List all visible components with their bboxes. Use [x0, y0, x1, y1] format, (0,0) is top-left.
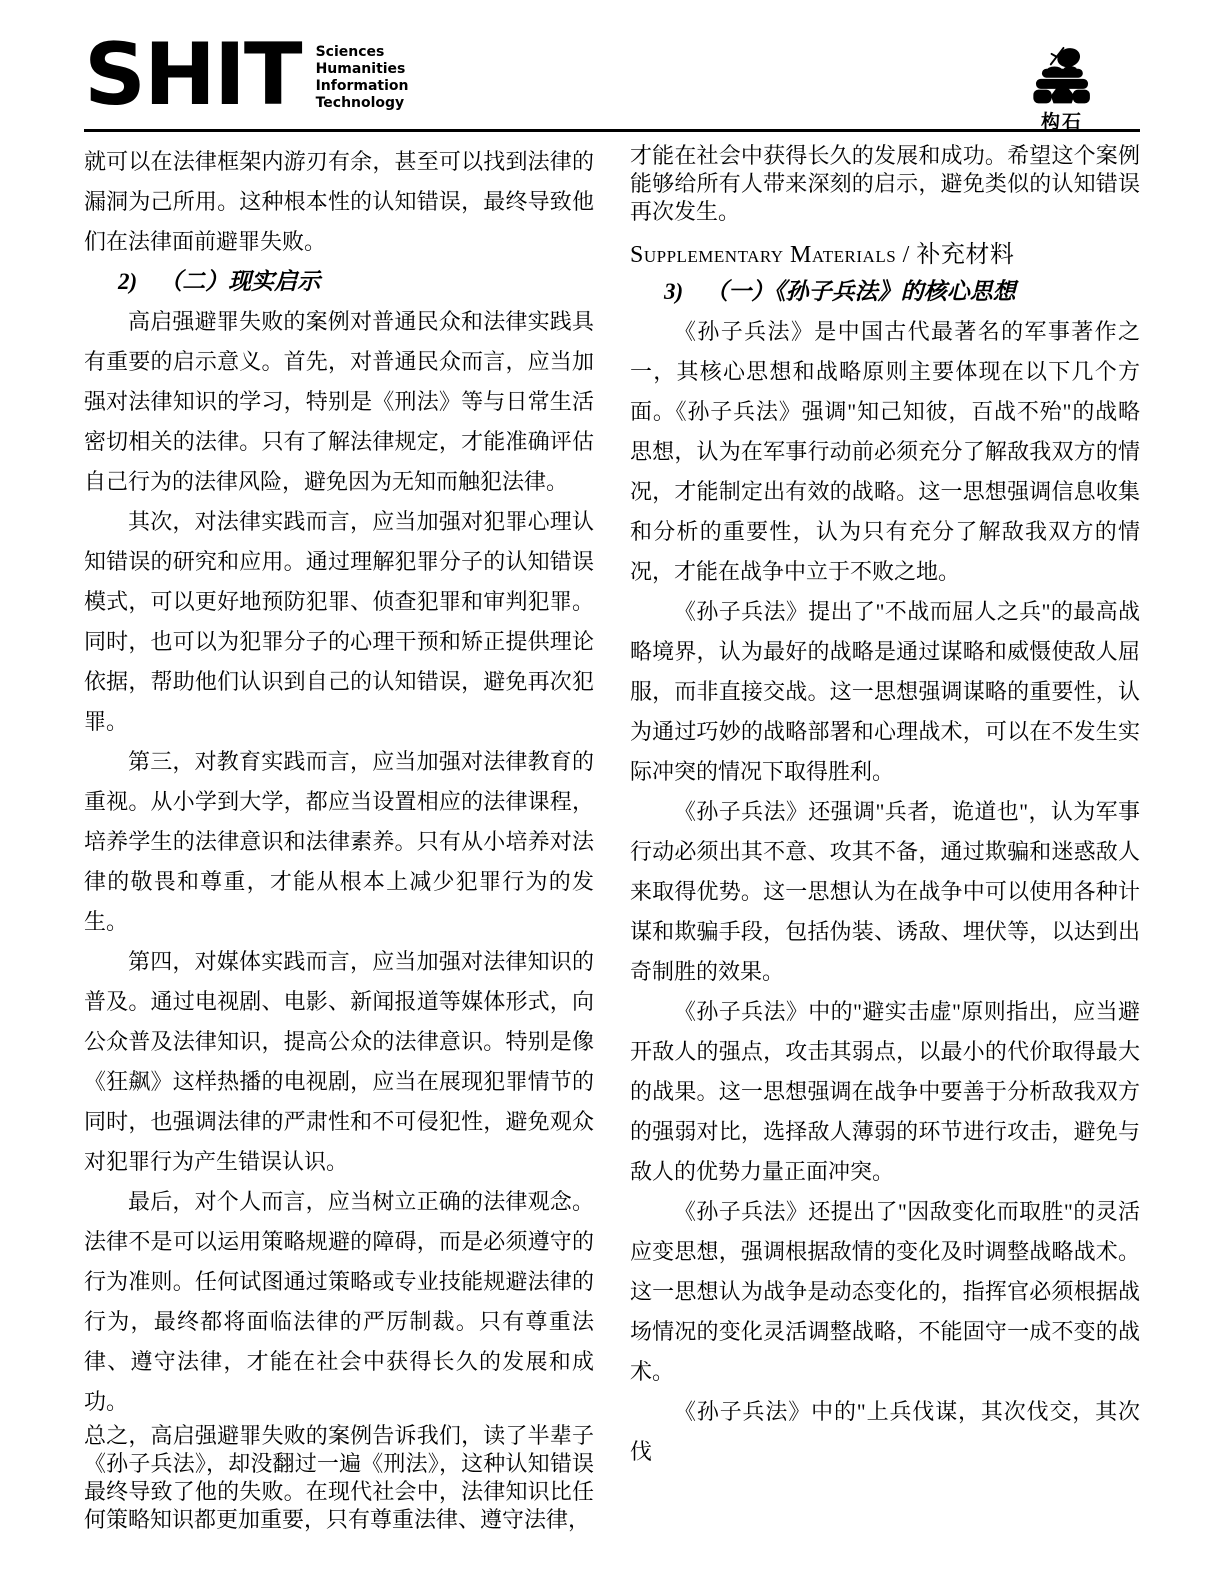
- journal-tagline: Sciences Humanities Information Technolo…: [316, 40, 409, 112]
- journal-logo: SHIT Sciences Humanities Information Tec…: [84, 40, 408, 112]
- tagline-line-humanities: Humanities: [316, 61, 409, 78]
- paragraph: 《孙子兵法》还强调"兵者，诡道也"，认为军事行动必须出其不意、攻其不备，通过欺骗…: [630, 792, 1140, 992]
- paragraph: 《孙子兵法》还提出了"因敌变化而取胜"的灵活应变思想，强调根据敌情的变化及时调整…: [630, 1192, 1140, 1392]
- rock-pile-icon: [1014, 42, 1110, 106]
- document-page: SHIT Sciences Humanities Information Tec…: [0, 0, 1224, 1534]
- supplementary-materials-label: Supplementary Materials / 补充材料: [630, 240, 1140, 270]
- heading-number: 3): [664, 279, 683, 304]
- section-heading-2: 2)（二）现实启示: [84, 262, 594, 302]
- publisher-name: 构石: [1041, 107, 1083, 134]
- tagline-line-technology: Technology: [316, 95, 409, 112]
- heading-title: （一）《孙子兵法》的核心思想: [705, 279, 1016, 304]
- article-body: 就可以在法律框架内游刃有余，甚至可以找到法律的漏洞为己所用。这种根本性的认知错误…: [84, 142, 1140, 1534]
- paragraph-cutoff: 《孙子兵法》中的"上兵伐谋，其次伐交，其次伐: [630, 1392, 1140, 1472]
- paragraph: 最后，对个人而言，应当树立正确的法律观念。法律不是可以运用策略规避的障碍，而是必…: [84, 1182, 594, 1422]
- page-header: SHIT Sciences Humanities Information Tec…: [84, 40, 1140, 128]
- journal-logo-text: SHIT: [84, 40, 301, 111]
- publisher-mark: 构石: [1014, 42, 1110, 134]
- paragraph: 《孙子兵法》中的"避实击虚"原则指出，应当避开敌人的强点，攻击其弱点，以最小的代…: [630, 992, 1140, 1192]
- paragraph: 其次，对法律实践而言，应当加强对犯罪心理认知错误的研究和应用。通过理解犯罪分子的…: [84, 502, 594, 742]
- paragraph: 第三，对教育实践而言，应当加强对法律教育的重视。从小学到大学，都应当设置相应的法…: [84, 742, 594, 942]
- paragraph: 高启强避罪失败的案例对普通民众和法律实践具有重要的启示意义。首先，对普通民众而言…: [84, 302, 594, 502]
- paragraph-continuation: 才能在社会中获得长久的发展和成功。希望这个案例能够给所有人带来深刻的启示，避免类…: [630, 142, 1140, 226]
- left-column: 就可以在法律框架内游刃有余，甚至可以找到法律的漏洞为己所用。这种根本性的认知错误…: [84, 142, 594, 1534]
- section-heading-3: 3)（一）《孙子兵法》的核心思想: [630, 272, 1140, 312]
- paragraph: 《孙子兵法》提出了"不战而屈人之兵"的最高战略境界，认为最好的战略是通过谋略和威…: [630, 592, 1140, 792]
- paragraph-conclusion: 总之，高启强避罪失败的案例告诉我们，读了半辈子《孙子兵法》，却没翻过一遍《刑法》…: [84, 1422, 594, 1534]
- right-column: 才能在社会中获得长久的发展和成功。希望这个案例能够给所有人带来深刻的启示，避免类…: [630, 142, 1140, 1534]
- paragraph-continuation: 就可以在法律框架内游刃有余，甚至可以找到法律的漏洞为己所用。这种根本性的认知错误…: [84, 142, 594, 262]
- paragraph: 第四，对媒体实践而言，应当加强对法律知识的普及。通过电视剧、电影、新闻报道等媒体…: [84, 942, 594, 1182]
- heading-number: 2): [118, 269, 137, 294]
- tagline-line-information: Information: [316, 78, 409, 95]
- tagline-line-sciences: Sciences: [316, 44, 409, 61]
- heading-title: （二）现实启示: [159, 269, 320, 294]
- header-divider: [84, 129, 1140, 132]
- paragraph: 《孙子兵法》是中国古代最著名的军事著作之一，其核心思想和战略原则主要体现在以下几…: [630, 312, 1140, 592]
